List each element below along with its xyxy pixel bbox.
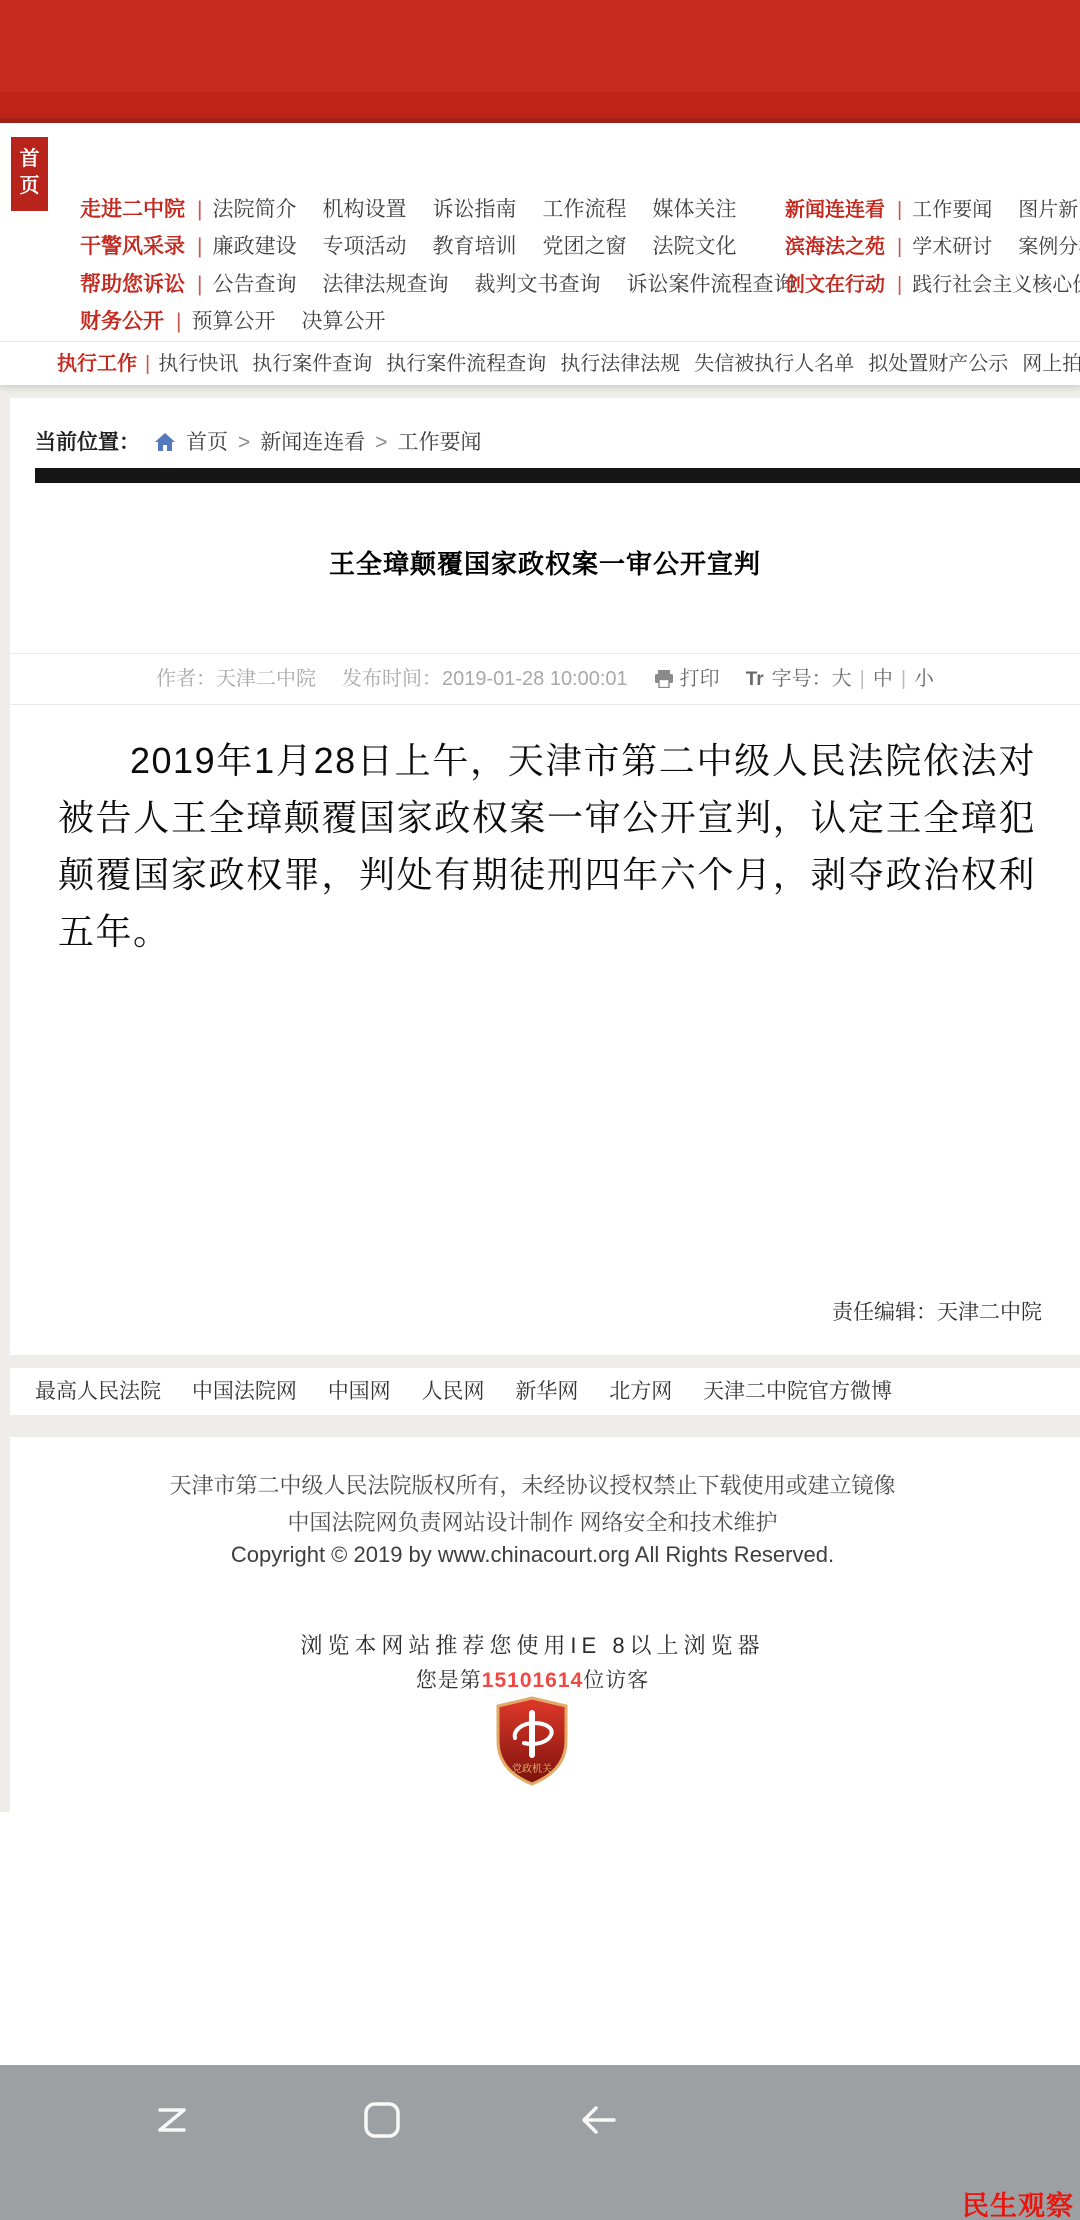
publish-time-label: 发布时间： bbox=[342, 668, 442, 690]
nav-link[interactable]: 执行法律法规 bbox=[560, 353, 680, 375]
article-title: 王全璋颠覆国家政权案一审公开宣判 bbox=[10, 544, 1080, 581]
breadcrumb-page: 工作要闻 bbox=[398, 431, 482, 454]
author-value: 天津二中院 bbox=[216, 668, 316, 690]
nav-link[interactable]: 公告查询 bbox=[212, 273, 296, 296]
footer-link[interactable]: 新华网 bbox=[515, 1380, 578, 1403]
footer-link[interactable]: 最高人民法院 bbox=[35, 1380, 161, 1403]
nav-section-zoujin[interactable]: 走进二中院 bbox=[80, 198, 185, 221]
nav-section-binhai[interactable]: 滨海法之苑 bbox=[785, 236, 885, 258]
visitor-suffix: 位访客 bbox=[583, 1669, 649, 1692]
font-size-icon: Tr bbox=[746, 669, 764, 690]
nav-link[interactable]: 执行案件查询 bbox=[252, 353, 372, 375]
home-tab[interactable]: 首页 bbox=[11, 137, 48, 211]
nav-section-ganjing[interactable]: 干警风采录 bbox=[80, 235, 185, 258]
government-badge[interactable]: 党政机关 bbox=[494, 1695, 570, 1787]
breadcrumb: 当前位置：首页>新闻连连看>工作要闻 bbox=[35, 426, 486, 458]
visitor-count: 15101614 bbox=[482, 1669, 583, 1692]
site-banner bbox=[0, 0, 1080, 123]
nav-section-caiwu[interactable]: 财务公开 bbox=[80, 310, 164, 333]
breadcrumb-home-link[interactable]: 首页 bbox=[186, 431, 228, 454]
footer-link[interactable]: 北方网 bbox=[609, 1380, 672, 1403]
nav-link[interactable]: 法院文化 bbox=[652, 235, 736, 258]
article-body: 2019年1月28日上午，天津市第二中级人民法院依法对被告人王全璋颠覆国家政权案… bbox=[58, 732, 1036, 960]
nav-link[interactable]: 机构设置 bbox=[322, 198, 406, 221]
nav-row-3-left: 帮助您诉讼|公告查询法律法规查询裁判文书查询诉讼案件流程查询 bbox=[80, 270, 820, 300]
footer-links-bar: 最高人民法院 中国法院网 中国网 人民网 新华网 北方网 天津二中院官方微博 bbox=[10, 1368, 1080, 1415]
footer-link[interactable]: 中国网 bbox=[328, 1380, 391, 1403]
section-divider-bar bbox=[35, 468, 1080, 483]
home-button-icon[interactable] bbox=[360, 2098, 404, 2147]
home-icon bbox=[154, 432, 176, 458]
nav-divider: | bbox=[197, 273, 202, 296]
phone-screen: 首页 走进二中院|法院简介机构设置诉讼指南工作流程媒体关注 新闻连连看|工作要闻… bbox=[0, 0, 1080, 2220]
nav-link[interactable]: 学术研讨 bbox=[912, 236, 992, 258]
nav-link[interactable]: 工作流程 bbox=[542, 198, 626, 221]
nav-row-1-left: 走进二中院|法院简介机构设置诉讼指南工作流程媒体关注 bbox=[80, 195, 762, 225]
nav-link[interactable]: 裁判文书查询 bbox=[474, 273, 600, 296]
nav-separator bbox=[0, 341, 1080, 342]
font-size-small-button[interactable]: 小 bbox=[914, 668, 934, 690]
nav-divider: | bbox=[897, 199, 902, 221]
watermark-text: 民生观察 bbox=[962, 2184, 1074, 2220]
browser-recommendation: 浏览本网站推荐您使用IE 8以上浏览器 bbox=[10, 1629, 1055, 1660]
nav-link[interactable]: 执行快讯 bbox=[158, 353, 238, 375]
nav-row-3-right: 创文在行动|践行社会主义核心价值观 bbox=[785, 270, 1080, 300]
nav-link[interactable]: 专项活动 bbox=[322, 235, 406, 258]
nav-link[interactable]: 法院简介 bbox=[212, 198, 296, 221]
author-label: 作者： bbox=[156, 668, 216, 690]
nav-link[interactable]: 诉讼案件流程查询 bbox=[626, 273, 794, 296]
nav-divider: | bbox=[897, 274, 902, 296]
visitor-counter: 您是第15101614位访客 bbox=[10, 1664, 1055, 1694]
nav-row-2-right: 滨海法之苑|学术研讨案例分析 bbox=[785, 232, 1080, 262]
nav-link[interactable]: 诉讼指南 bbox=[432, 198, 516, 221]
nav-row-2-left: 干警风采录|廉政建设专项活动教育培训党团之窗法院文化 bbox=[80, 232, 762, 262]
article-meta-row: 作者：天津二中院发布时间：2019-01-28 10:00:01打印Tr字号：大… bbox=[10, 653, 1080, 705]
font-size-medium-button[interactable]: 中 bbox=[873, 668, 893, 690]
printer-icon[interactable] bbox=[654, 657, 674, 707]
nav-row-execution: 执行工作|执行快讯执行案件查询执行案件流程查询执行法律法规失信被执行人名单拟处置… bbox=[57, 349, 1080, 379]
breadcrumb-separator: > bbox=[238, 431, 250, 454]
font-size-label: 字号： bbox=[772, 668, 832, 690]
nav-section-bangzhu[interactable]: 帮助您诉讼 bbox=[80, 273, 185, 296]
nav-divider: | bbox=[197, 235, 202, 258]
nav-divider: | bbox=[897, 236, 902, 258]
nav-link[interactable]: 决算公开 bbox=[301, 310, 385, 333]
nav-link[interactable]: 践行社会主义核心价值观 bbox=[912, 274, 1080, 296]
nav-link[interactable]: 法律法规查询 bbox=[322, 273, 448, 296]
copyright-line-2: 中国法院网负责网站设计制作 网络安全和技术维护 bbox=[10, 1506, 1055, 1537]
nav-section-zhixing[interactable]: 执行工作 bbox=[57, 353, 137, 375]
nav-link[interactable]: 预算公开 bbox=[191, 310, 275, 333]
nav-section-chuangwen[interactable]: 创文在行动 bbox=[785, 274, 885, 296]
recents-icon[interactable] bbox=[150, 2100, 194, 2145]
nav-link[interactable]: 网上拍（变）卖 bbox=[1022, 353, 1080, 375]
footer-link[interactable]: 天津二中院官方微博 bbox=[703, 1380, 892, 1403]
nav-divider: | bbox=[176, 310, 181, 333]
nav-link[interactable]: 执行案件流程查询 bbox=[386, 353, 546, 375]
nav-link[interactable]: 图片新闻 bbox=[1018, 199, 1080, 221]
publish-time-value: 2019-01-28 10:00:01 bbox=[442, 668, 628, 690]
site-footer: 天津市第二中级人民法院版权所有，未经协议授权禁止下载使用或建立镜像 中国法院网负… bbox=[10, 1437, 1080, 1812]
breadcrumb-section-link[interactable]: 新闻连连看 bbox=[260, 431, 365, 454]
visitor-prefix: 您是第 bbox=[416, 1669, 482, 1692]
breadcrumb-label: 当前位置： bbox=[35, 431, 140, 454]
meta-divider: | bbox=[901, 668, 906, 690]
nav-link[interactable]: 廉政建设 bbox=[212, 235, 296, 258]
nav-row-4-left: 财务公开|预算公开决算公开 bbox=[80, 307, 411, 337]
nav-link[interactable]: 失信被执行人名单 bbox=[694, 353, 854, 375]
copyright-line-3: Copyright © 2019 by www.chinacourt.org A… bbox=[10, 1542, 1055, 1568]
nav-link[interactable]: 拟处置财产公示 bbox=[868, 353, 1008, 375]
nav-link[interactable]: 党团之窗 bbox=[542, 235, 626, 258]
nav-link[interactable]: 工作要闻 bbox=[912, 199, 992, 221]
nav-link[interactable]: 媒体关注 bbox=[652, 198, 736, 221]
nav-divider: | bbox=[197, 198, 202, 221]
nav-row-1-right: 新闻连连看|工作要闻图片新闻 bbox=[785, 195, 1080, 225]
site-nav: 首页 走进二中院|法院简介机构设置诉讼指南工作流程媒体关注 新闻连连看|工作要闻… bbox=[0, 123, 1080, 385]
nav-link[interactable]: 教育培训 bbox=[432, 235, 516, 258]
editor-credit: 责任编辑：天津二中院 bbox=[832, 1296, 1042, 1326]
badge-label: 党政机关 bbox=[512, 1762, 552, 1775]
footer-link[interactable]: 中国法院网 bbox=[192, 1380, 297, 1403]
back-icon[interactable] bbox=[576, 2098, 620, 2147]
footer-link[interactable]: 人民网 bbox=[422, 1380, 485, 1403]
font-size-large-button[interactable]: 大 bbox=[832, 668, 852, 690]
meta-divider: | bbox=[860, 668, 865, 690]
print-button[interactable]: 打印 bbox=[680, 668, 720, 690]
nav-section-xinwen[interactable]: 新闻连连看 bbox=[785, 199, 885, 221]
nav-link[interactable]: 案例分析 bbox=[1018, 236, 1080, 258]
copyright-line-1: 天津市第二中级人民法院版权所有，未经协议授权禁止下载使用或建立镜像 bbox=[10, 1469, 1055, 1500]
article-card: 当前位置：首页>新闻连连看>工作要闻 王全璋颠覆国家政权案一审公开宣判 作者：天… bbox=[10, 398, 1080, 1355]
breadcrumb-separator: > bbox=[375, 431, 387, 454]
nav-divider: | bbox=[145, 353, 150, 375]
